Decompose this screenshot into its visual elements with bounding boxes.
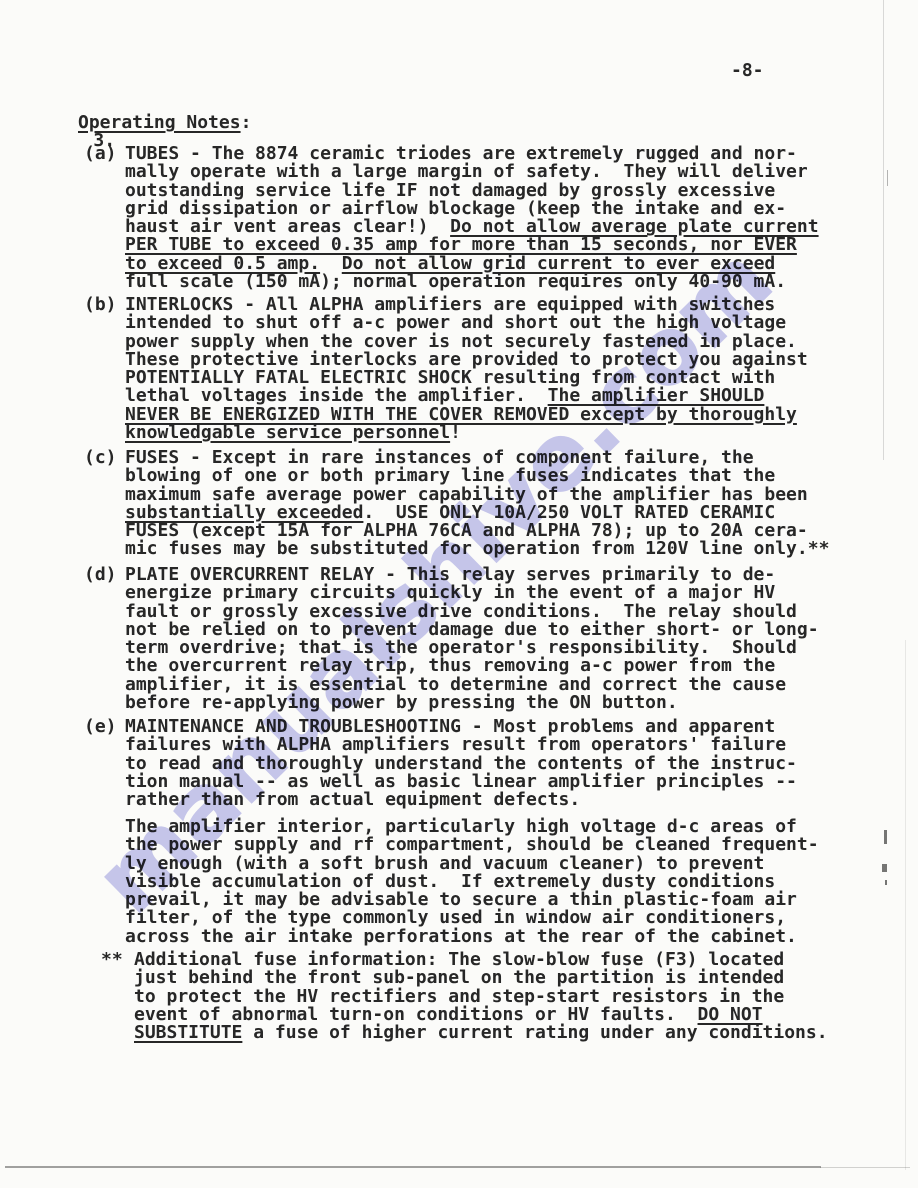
paragraph-e-continued-body: The amplifier interior, particularly hig…: [125, 818, 864, 946]
text-line: before re-applying power by pressing the…: [125, 694, 864, 712]
scan-artifact: [882, 864, 887, 872]
text-line: mic fuses may be substituted for operati…: [125, 540, 864, 558]
paragraph-b-label: (b): [84, 296, 117, 314]
page-bottom-edge: [5, 1166, 821, 1168]
text-line: rather than from actual equipment defect…: [125, 791, 864, 809]
paragraph-d-label: (d): [84, 566, 117, 584]
section-title: Operating Notes:: [78, 114, 251, 132]
underlined-text: SUBSTITUTE: [134, 1022, 242, 1043]
text-segment: before re-applying power by pressing the…: [125, 692, 678, 713]
scan-artifact: [885, 880, 887, 885]
paragraph-c-label: (c): [84, 449, 117, 467]
paragraph-d: (d)PLATE OVERCURRENT RELAY - This relay …: [84, 566, 864, 712]
footnote-label: **: [101, 951, 123, 969]
scan-edge-line-top: [883, 0, 884, 460]
section-title-text: Operating Notes: [78, 112, 241, 133]
text-line: knowledgable service personnel!: [125, 424, 864, 442]
scan-artifact: [887, 170, 888, 186]
underlined-text: knowledgable service personnel: [125, 422, 450, 443]
document-page: -8- 3. Operating Notes: (a)TUBES - The 8…: [0, 0, 918, 1188]
text-segment: rather than from actual equipment defect…: [125, 789, 580, 810]
footnote: **Additional fuse information: The slow-…: [101, 951, 881, 1042]
paragraph-b-body: INTERLOCKS - All ALPHA amplifiers are eq…: [125, 296, 864, 442]
text-segment: a fuse of higher current rating under an…: [242, 1022, 827, 1043]
scan-artifact: [884, 830, 887, 844]
text-segment: across the air intake perforations at th…: [125, 926, 797, 947]
scan-edge-line-bottom: [905, 640, 906, 1170]
text-segment: full scale (150 mA); normal operation re…: [125, 271, 786, 292]
paragraph-a-body: TUBES - The 8874 ceramic triodes are ext…: [125, 145, 864, 291]
paragraph-c-body: FUSES - Except in rare instances of comp…: [125, 449, 864, 559]
paragraph-e-body: MAINTENANCE AND TROUBLESHOOTING - Most p…: [125, 718, 864, 809]
paragraph-c: (c)FUSES - Except in rare instances of c…: [84, 449, 864, 559]
text-segment: mic fuses may be substituted for operati…: [125, 538, 829, 559]
text-line: across the air intake perforations at th…: [125, 928, 864, 946]
paragraph-e-continued: The amplifier interior, particularly hig…: [84, 818, 864, 946]
text-line: SUBSTITUTE a fuse of higher current rati…: [134, 1024, 881, 1042]
text-segment: !: [450, 422, 461, 443]
paragraph-a: (a)TUBES - The 8874 ceramic triodes are …: [84, 145, 864, 291]
page-number: -8-: [731, 62, 764, 80]
page-bottom-edge-faint: [820, 1167, 910, 1168]
paragraph-b: (b)INTERLOCKS - All ALPHA amplifiers are…: [84, 296, 864, 442]
text-line: full scale (150 mA); normal operation re…: [125, 273, 864, 291]
footnote-body: Additional fuse information: The slow-bl…: [134, 951, 881, 1042]
paragraph-e-label: (e): [84, 718, 117, 736]
paragraph-d-body: PLATE OVERCURRENT RELAY - This relay ser…: [125, 566, 864, 712]
paragraph-a-label: (a): [84, 145, 117, 163]
paragraph-e: (e)MAINTENANCE AND TROUBLESHOOTING - Mos…: [84, 718, 864, 809]
section-title-colon: :: [241, 112, 252, 133]
